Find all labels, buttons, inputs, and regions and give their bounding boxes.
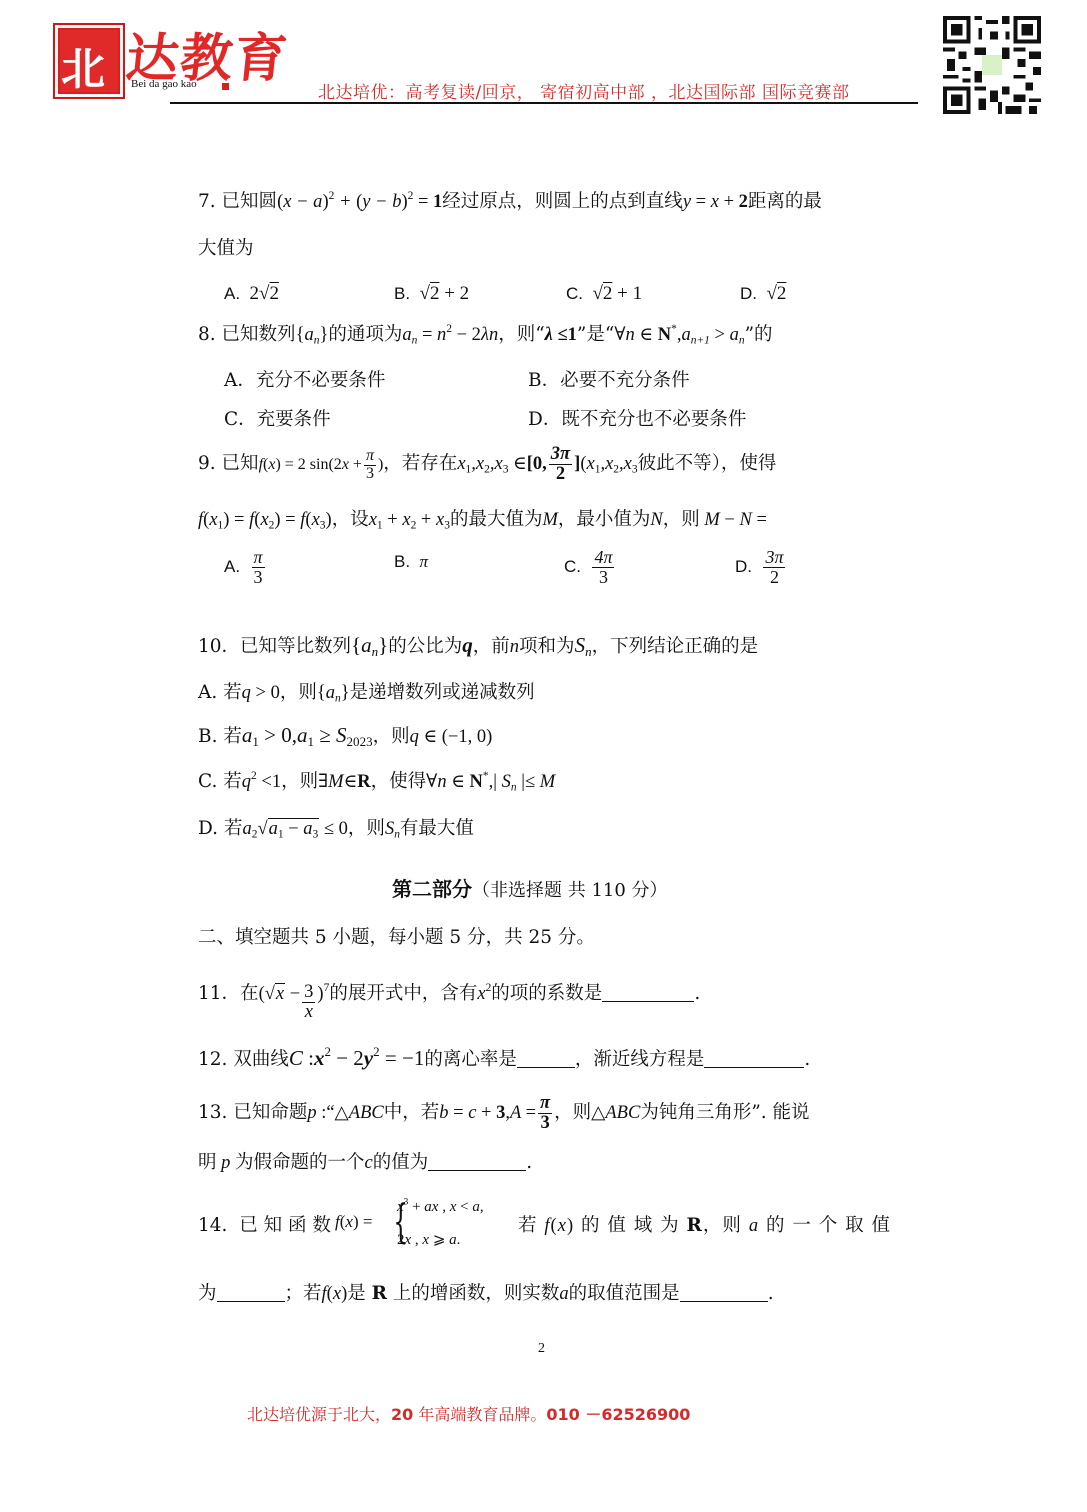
condition-increasing: ∀n ∈ N*,an+1 > an xyxy=(614,325,744,345)
choice-7b: B. √2 + 2 xyxy=(394,283,469,305)
sequence-symbol: {an} xyxy=(296,325,329,345)
option-10b: B. 若a1 > 0,a1 ≥ S2023，则q ∈ (−1, 0) xyxy=(198,722,492,748)
question-text: ，渐近线方程是 xyxy=(575,1049,705,1070)
question-text: ，若存在 xyxy=(383,453,457,474)
option-text: ，则 xyxy=(280,682,317,703)
fraction-numerator: π xyxy=(252,548,265,568)
question-number: 9. xyxy=(198,453,216,474)
question-text: 的通项为 xyxy=(328,324,402,345)
logo-subtitle: Bei da gao kao xyxy=(131,78,197,90)
piecewise-function: f(x) = xyxy=(335,1212,372,1232)
option-text: 若 xyxy=(223,682,242,703)
choice-9c: C. 4π3 xyxy=(564,548,616,587)
question-text: 为 xyxy=(198,1283,217,1304)
question-text: 上的增函数，则实数 xyxy=(393,1283,560,1304)
footer-years: 20 xyxy=(391,1405,413,1424)
question-text: 的公比为 xyxy=(388,636,462,657)
question-text: 双曲线 xyxy=(233,1049,289,1070)
fraction-denominator: 2 xyxy=(768,568,781,587)
section-subtitle: （非选择题 共 110 分） xyxy=(472,880,668,901)
interval-condition: x1,x2,x3 ∈[0,3π2](x1,x2,x3 xyxy=(457,454,637,474)
question-text: 中，若 xyxy=(384,1102,440,1123)
choice-label: C. xyxy=(566,284,583,303)
question-11: 11．在(√x −3x)7的展开式中，含有x2的项的系数是. xyxy=(198,975,700,1015)
qr-code-icon xyxy=(943,16,1041,114)
option-label: A. xyxy=(198,682,217,703)
option-label: D. xyxy=(198,818,218,839)
option-text: 若 xyxy=(224,818,243,839)
question-text: 的最大值为 xyxy=(450,509,543,530)
option-text: ，则 xyxy=(373,726,410,747)
choice-8a: A．充分不必要条件 xyxy=(224,366,385,392)
question-text: 已知圆 xyxy=(222,191,278,212)
logo-mark-char: 北 xyxy=(61,33,105,97)
choice-9d: D. 3π2 xyxy=(735,548,787,587)
punctuation: . xyxy=(804,1049,810,1070)
fraction-numerator: 4π xyxy=(592,548,614,568)
choice-text: 充要条件 xyxy=(257,409,331,430)
header-slogan: 北达培优：高考复读/回京， 寄宿初高中部 ，北达国际部 国际竞赛部 xyxy=(318,78,849,103)
choice-label: D. xyxy=(740,284,757,303)
question-text: ”是“ xyxy=(577,324,614,345)
section-heading: 第二部分（非选择题 共 110 分） xyxy=(392,873,668,902)
condition-lambda: λ ≤1 xyxy=(545,325,577,345)
question-8: 8. 已知数列{an}的通项为an = n2 − 2λn，则“λ ≤1”是“∀n… xyxy=(198,320,773,346)
choice-label: C． xyxy=(224,409,257,430)
logo-dot xyxy=(222,83,229,90)
question-text: ；若 xyxy=(285,1283,322,1304)
question-14: 14. 已 知 函 数 xyxy=(198,1211,331,1237)
piece-1: x3 + ax , x < a, xyxy=(397,1199,484,1216)
choice-7d: D. √2 xyxy=(740,283,786,305)
question-text: 在 xyxy=(240,983,259,1004)
punctuation: . xyxy=(768,1283,774,1304)
piece-2: 2x , x ⩾ a. xyxy=(397,1230,460,1249)
fraction-denominator: 3 xyxy=(597,568,610,587)
line-equation: y = x + 2 xyxy=(683,192,748,212)
question-number: 11． xyxy=(198,983,240,1004)
circle-equation: (x − a)2 + (y − b)2 = 1 xyxy=(277,192,442,212)
choice-7c: C. √2 + 1 xyxy=(566,283,642,305)
question-text: 的取值范围是 xyxy=(569,1283,680,1304)
answer-blank[interactable] xyxy=(680,1283,768,1302)
question-text: ，则 xyxy=(554,1102,591,1123)
choice-8d: D．既不充分也不必要条件 xyxy=(528,405,746,431)
punctuation: . xyxy=(694,983,700,1004)
question-14-cont: 若 f(x) 的 值 域 为 R，则 a 的 一 个 取 值 xyxy=(518,1211,891,1237)
question-text: 项和为 xyxy=(519,636,575,657)
question-text: 是 xyxy=(347,1283,366,1304)
punctuation: . xyxy=(526,1152,532,1173)
question-text: 为假命题的一个 xyxy=(235,1152,365,1173)
choice-text: 既不充分也不必要条件 xyxy=(561,409,746,430)
question-text: 已知等比数列 xyxy=(240,636,351,657)
question-text: 已知 xyxy=(222,453,259,474)
question-10: 10．已知等比数列{an}的公比为q，前n项和为Sn，下列结论正确的是 xyxy=(198,632,758,658)
question-text: ，前 xyxy=(473,636,510,657)
option-10c: C. 若q2 <1，则∃M∈R，使得∀n ∈ N*,| Sn |≤ M xyxy=(198,767,555,793)
question-number: 14. xyxy=(198,1215,227,1236)
option-text: 是递增数列或递减数列 xyxy=(350,682,535,703)
question-text: 的 一 个 取 值 xyxy=(766,1215,891,1236)
choice-text: 充分不必要条件 xyxy=(256,370,386,391)
choice-value: π xyxy=(420,552,429,571)
question-9-line2: f(x1) = f(x2) = f(x3)，设x1 + x2 + x3的最大值为… xyxy=(198,505,767,531)
fraction-denominator: 3 xyxy=(252,568,265,587)
option-text: ，使得 xyxy=(371,771,427,792)
option-text: 有最大值 xyxy=(400,818,474,839)
question-13-line2: 明 p 为假命题的一个c的值为. xyxy=(198,1148,532,1174)
question-text: ，下列结论正确的是 xyxy=(592,636,759,657)
question-14-line2: 为；若f(x)是 R 上的增函数，则实数a的取值范围是. xyxy=(198,1279,774,1305)
question-text: 为钝角三角形”. 能说 xyxy=(640,1102,809,1123)
question-9: 9. 已知f(x) = 2 sin(2x +π3)，若存在x1,x2,x3 ∈[… xyxy=(198,445,776,485)
question-text: ，最小值为 xyxy=(558,509,651,530)
question-text: 已知命题 xyxy=(233,1102,307,1123)
choice-label: A. xyxy=(224,557,240,576)
question-text: 的离心率是 xyxy=(424,1049,517,1070)
general-term: an = n2 − 2λn xyxy=(402,325,498,345)
question-text: 经过原点，则圆上的点到直线 xyxy=(442,191,683,212)
sum-expression: x1 + x2 + x3 xyxy=(369,510,450,530)
eccentricity-blank[interactable] xyxy=(517,1049,575,1068)
question-text: ，则“ xyxy=(498,324,544,345)
question-text: 的项的系数是 xyxy=(491,983,602,1004)
question-number: 7. xyxy=(198,191,216,212)
option-10d: D. 若a2√a1 − a3 ≤ 0，则Sn有最大值 xyxy=(198,814,474,840)
footer-phone: 010 －62526900 xyxy=(546,1405,690,1424)
question-13: 13. 已知命题p :“△ABC中，若b = c + 3,A =π3，则△ABC… xyxy=(198,1094,810,1134)
question-text: 的值为 xyxy=(373,1152,429,1173)
choice-label: B. xyxy=(394,552,410,571)
asymptote-blank[interactable] xyxy=(704,1049,804,1068)
option-text: 若 xyxy=(223,771,242,792)
page-number: 2 xyxy=(538,1341,545,1357)
choice-7a: A. 2√2 xyxy=(224,283,279,305)
question-text: 彼此不等），使得 xyxy=(638,453,777,474)
choice-8c: C．充要条件 xyxy=(224,405,331,431)
question-text: 已 知 函 数 xyxy=(239,1215,331,1236)
equal-values: f(x1) = f(x2) = f(x3) xyxy=(198,510,332,530)
question-text: 大值为 xyxy=(198,234,254,260)
option-10a: A. 若q > 0，则{an}是递增数列或递减数列 xyxy=(198,678,535,704)
fraction-numerator: 3π xyxy=(763,548,785,568)
footer-text: 北达培优源于北大， xyxy=(247,1405,391,1424)
logo-mark: 北 xyxy=(53,23,125,99)
question-text: ，则 xyxy=(703,1215,742,1236)
choice-label: B． xyxy=(528,370,560,391)
question-number: 12. xyxy=(198,1049,227,1070)
function-definition: f(x) = 2 sin(2x +π3) xyxy=(259,456,384,473)
choice-9b: B. π xyxy=(394,552,428,572)
choice-label: D. xyxy=(735,557,752,576)
option-text: 若 xyxy=(223,726,242,747)
question-text: ”的 xyxy=(745,324,773,345)
question-text: 的 值 域 为 xyxy=(581,1215,680,1236)
section-instructions: 二、填空题共 5 小题，每小题 5 分，共 25 分。 xyxy=(198,923,595,949)
footer-text: 年高端教育品牌。 xyxy=(413,1405,546,1424)
option-label: C. xyxy=(198,771,217,792)
option-label: B. xyxy=(198,726,217,747)
choice-8b: B．必要不充分条件 xyxy=(528,366,690,392)
question-7: 7. 已知圆(x − a)2 + (y − b)2 = 1经过原点，则圆上的点到… xyxy=(198,187,822,213)
question-text: 若 xyxy=(518,1215,538,1236)
question-text: ，设 xyxy=(332,509,369,530)
question-number: 8. xyxy=(198,324,216,345)
choice-label: A． xyxy=(224,370,256,391)
choice-label: D． xyxy=(528,409,561,430)
option-text: ，则 xyxy=(281,771,318,792)
question-12: 12. 双曲线C :x2 − 2y2 = −1的离心率是，渐近线方程是. xyxy=(198,1045,810,1071)
choice-label: C. xyxy=(564,557,581,576)
choice-label: A. xyxy=(224,284,240,303)
question-text: 明 xyxy=(198,1152,217,1173)
question-text: 距离的最 xyxy=(748,191,822,212)
question-text: 已知数列 xyxy=(222,324,296,345)
choice-text: 必要不充分条件 xyxy=(560,370,690,391)
choice-label: B. xyxy=(394,284,410,303)
section-title: 第二部分 xyxy=(392,877,472,901)
answer-blank[interactable] xyxy=(602,983,694,1002)
question-text: 的展开式中，含有 xyxy=(329,983,477,1004)
question-text: ，则 xyxy=(663,509,700,530)
answer-blank[interactable] xyxy=(217,1283,285,1302)
option-text: ，则 xyxy=(348,818,385,839)
choice-9a: A. π3 xyxy=(224,548,267,587)
header-divider xyxy=(170,102,918,104)
question-number: 13. xyxy=(198,1102,227,1123)
question-number: 10． xyxy=(198,636,240,657)
footer-slogan: 北达培优源于北大，20 年高端教育品牌。010 －62526900 xyxy=(247,1402,690,1425)
answer-blank[interactable] xyxy=(428,1152,526,1171)
